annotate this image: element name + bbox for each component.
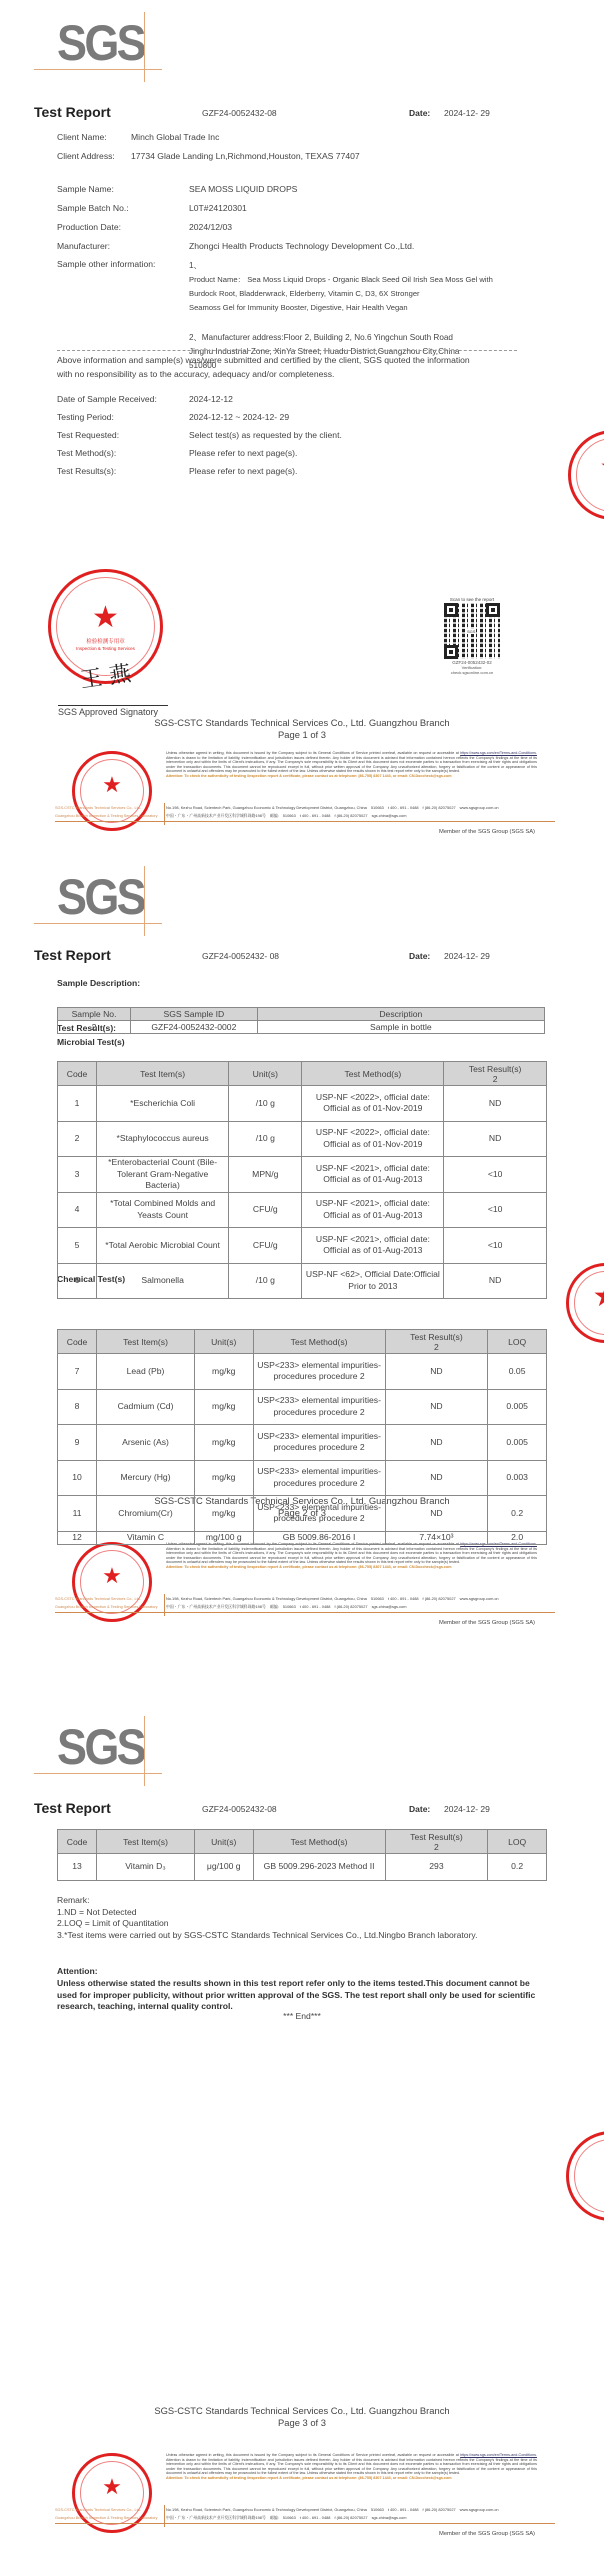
table-cell: mg/100 g [194, 1531, 253, 1544]
page-number: Page 1 of 3 [0, 729, 604, 741]
table-cell: Cadmium (Cd) [97, 1389, 195, 1425]
table-cell: μg/100 g [194, 1854, 253, 1881]
table-cell: <10 [444, 1157, 547, 1193]
table-row: 9Arsenic (As)mg/kgUSP<233> elemental imp… [58, 1425, 547, 1461]
sample-batch: L0T#24120301 [189, 203, 247, 214]
table-cell: 11 [58, 1496, 97, 1532]
table-cell: /10 g [229, 1086, 302, 1122]
verification-qr[interactable]: Scan to see the report SGS GZF24-0052432… [437, 597, 507, 675]
report-title: Test Report [34, 104, 111, 120]
client-address: 17734 Glade Landing Ln,Richmond,Houston,… [131, 151, 360, 162]
report-date: 2024-12- 29 [444, 108, 490, 118]
sgs-logo: SGS [30, 1716, 165, 1786]
legal-strip: ★ Unless otherwise agreed in writing, th… [55, 2443, 555, 2553]
terms-link[interactable]: https://www.sgs.com/en/Terms-and-Conditi… [460, 751, 537, 755]
table-cell: 3 [58, 1157, 97, 1193]
table-cell: USP<233> elemental impurities-procedures… [253, 1354, 385, 1390]
divider [57, 350, 517, 351]
report-page-1: SGS Test Report GZF24-0052432-08 Date: 2… [0, 0, 604, 858]
table-cell: 0.003 [488, 1460, 547, 1496]
table-cell: USP<233> elemental impurities-procedures… [253, 1425, 385, 1461]
table-cell: USP<233> elemental impurities-procedures… [253, 1389, 385, 1425]
table-cell: mg/kg [194, 1425, 253, 1461]
column-header: Code [58, 1062, 97, 1086]
table-cell: 10 [58, 1460, 97, 1496]
star-icon: ★ [102, 1565, 122, 1587]
table-cell: 5 [58, 1228, 97, 1264]
column-header: Test Result(s)2 [385, 1830, 488, 1854]
star-icon: ★ [102, 774, 122, 796]
official-seal-side [566, 2131, 604, 2221]
star-icon: ★ [593, 1282, 604, 1312]
table-cell: /10 g [229, 1263, 302, 1299]
table-cell: 2 [58, 1021, 131, 1034]
table-cell: USP-NF <2022>, official date: Official a… [302, 1121, 444, 1157]
sample-name: SEA MOSS LIQUID DROPS [189, 184, 297, 195]
official-seal-side: ★ [566, 1263, 604, 1343]
chemical-tests-table: CodeTest Item(s)Unit(s)Test Method(s)Tes… [57, 1329, 547, 1545]
table-cell: CFU/g [229, 1192, 302, 1228]
table-cell: Sample in bottle [257, 1021, 544, 1034]
table-row: 11Chromium(Cr)mg/kgUSP<233> elemental im… [58, 1496, 547, 1532]
table-cell: USP<233> elemental impurities-procedures… [253, 1496, 385, 1532]
signatory-label: SGS Approved Signatory [58, 707, 158, 717]
column-header: Unit(s) [229, 1062, 302, 1086]
column-header: LOQ [488, 1330, 547, 1354]
table-cell: *Staphylococcus aureus [97, 1121, 229, 1157]
table-cell: GB 5009.86-2016 I [253, 1531, 385, 1544]
column-header: LOQ [488, 1830, 547, 1854]
table-cell: ND [385, 1460, 488, 1496]
vitamin-d-table: CodeTest Item(s)Unit(s)Test Method(s)Tes… [57, 1829, 547, 1881]
production-date: 2024/12/03 [189, 222, 232, 233]
table-row: 7Lead (Pb)mg/kgUSP<233> elemental impuri… [58, 1354, 547, 1390]
table-row: 10Mercury (Hg)mg/kgUSP<233> elemental im… [58, 1460, 547, 1496]
table-cell: mg/kg [194, 1354, 253, 1390]
table-cell: 0.005 [488, 1425, 547, 1461]
column-header: Test Result(s)2 [444, 1062, 547, 1086]
manufacturer: Zhongci Health Products Technology Devel… [189, 241, 414, 252]
table-row: 5*Total Aerobic Microbial CountCFU/gUSP-… [58, 1228, 547, 1264]
table-cell: ND [444, 1121, 547, 1157]
report-header: Test Report GZF24-0052432-08 Date: 2024-… [34, 1800, 554, 1818]
table-header-row: CodeTest Item(s)Unit(s)Test Method(s)Tes… [58, 1830, 547, 1854]
column-header: Unit(s) [194, 1330, 253, 1354]
sample-description-table: Sample No.SGS Sample IDDescription2GZF24… [57, 1007, 545, 1034]
microbial-tests-table: CodeTest Item(s)Unit(s)Test Method(s)Tes… [57, 1061, 547, 1299]
table-cell: GZF24-0052432-0002 [131, 1021, 258, 1034]
sgs-logo: SGS [30, 12, 165, 82]
table-row: 2*Staphylococcus aureus/10 gUSP-NF <2022… [58, 1121, 547, 1157]
table-cell: 8 [58, 1389, 97, 1425]
testing-period: 2024-12-12 ~ 2024-12- 29 [189, 412, 289, 423]
table-cell: USP-NF <2021>, official date: Official a… [302, 1192, 444, 1228]
table-cell: CFU/g [229, 1228, 302, 1264]
table-header-row: CodeTest Item(s)Unit(s)Test Method(s)Tes… [58, 1062, 547, 1086]
table-cell: Arsenic (As) [97, 1425, 195, 1461]
column-header: Description [257, 1008, 544, 1021]
table-cell: USP-NF <2021>, official date: Official a… [302, 1228, 444, 1264]
table-cell: 7.74×10³ [385, 1531, 488, 1544]
table-row: 4*Total Combined Molds and Yeasts CountC… [58, 1192, 547, 1228]
table-cell: USP-NF <2021>, official date: Official a… [302, 1157, 444, 1193]
terms-link[interactable]: https://www.sgs.com/en/Terms-and-Conditi… [460, 2453, 537, 2457]
official-seal-side: ★ [568, 430, 604, 520]
table-cell: 0.05 [488, 1354, 547, 1390]
table-cell: ND [385, 1389, 488, 1425]
star-icon: ★ [92, 603, 119, 633]
table-cell: mg/kg [194, 1496, 253, 1532]
column-header: Sample No. [58, 1008, 131, 1021]
column-header: Test Method(s) [253, 1330, 385, 1354]
table-cell: ND [444, 1086, 547, 1122]
table-row: 2GZF24-0052432-0002Sample in bottle [58, 1021, 545, 1034]
report-header: Test Report GZF24-0052432- 08 Date: 2024… [34, 947, 554, 965]
table-cell: ND [385, 1425, 488, 1461]
table-cell: USP<233> elemental impurities-procedures… [253, 1460, 385, 1496]
table-row: 13Vitamin D₃μg/100 gGB 5009.296-2023 Met… [58, 1854, 547, 1881]
remarks: Remark: 1.ND = Not Detected 2.LOQ = Limi… [57, 1895, 537, 1942]
table-cell: Lead (Pb) [97, 1354, 195, 1390]
table-cell: <10 [444, 1192, 547, 1228]
table-cell: USP-NF <62>, Official Date:Official Prio… [302, 1263, 444, 1299]
microbial-title: Microbial Test(s) [57, 1037, 125, 1047]
table-cell: <10 [444, 1228, 547, 1264]
handwritten-signature: 王 燕 [78, 657, 133, 695]
table-cell: ND [385, 1496, 488, 1532]
report-header: Test Report GZF24-0052432-08 Date: 2024-… [34, 104, 554, 122]
table-header-row: Sample No.SGS Sample IDDescription [58, 1008, 545, 1021]
table-cell: 0.005 [488, 1389, 547, 1425]
table-row: 8Cadmium (Cd)mg/kgUSP<233> elemental imp… [58, 1389, 547, 1425]
legal-terms: Unless otherwise agreed in writing, this… [166, 751, 537, 779]
table-cell: *Enterobacterial Count (Bile-Tolerant Gr… [97, 1157, 229, 1193]
table-row: 6Salmonella/10 gUSP-NF <62>, Official Da… [58, 1263, 547, 1299]
table-cell: Vitamin D₃ [97, 1854, 195, 1881]
table-cell: *Total Aerobic Microbial Count [97, 1228, 229, 1264]
column-header: Test Result(s)2 [385, 1330, 488, 1354]
table-cell: mg/kg [194, 1460, 253, 1496]
column-header: Code [58, 1330, 97, 1354]
table-cell: ND [444, 1263, 547, 1299]
table-cell: Salmonella [97, 1263, 229, 1299]
sample-description-title: Sample Description: [57, 978, 140, 988]
table-row: 12Vitamin Cmg/100 gGB 5009.86-2016 I7.74… [58, 1531, 547, 1544]
client-disclaimer: Above information and sample(s) was/were… [57, 353, 557, 381]
company-address: No.198, Kezhu Road, Scientech Park, Guan… [166, 804, 541, 820]
column-header: Unit(s) [194, 1830, 253, 1854]
page-number: Page 3 of 3 [0, 2417, 604, 2429]
table-cell: 7 [58, 1354, 97, 1390]
table-cell: 4 [58, 1192, 97, 1228]
table-cell: *Total Combined Molds and Yeasts Count [97, 1192, 229, 1228]
end-marker: *** End*** [0, 2011, 604, 2021]
table-cell: 9 [58, 1425, 97, 1461]
table-cell: 12 [58, 1531, 97, 1544]
column-header: Code [58, 1830, 97, 1854]
page-footer: SGS-CSTC Standards Technical Services Co… [0, 2405, 604, 2429]
column-header: Test Item(s) [97, 1062, 229, 1086]
column-header: Test Item(s) [97, 1330, 195, 1354]
table-cell: Chromium(Cr) [97, 1496, 195, 1532]
legal-strip: ★ Unless otherwise agreed in writing, th… [55, 1532, 555, 1642]
column-header: Test Method(s) [302, 1062, 444, 1086]
legal-strip: ★ Unless otherwise agreed in writing, th… [55, 741, 555, 851]
page-footer: SGS-CSTC Standards Technical Services Co… [0, 717, 604, 741]
table-header-row: CodeTest Item(s)Unit(s)Test Method(s)Tes… [58, 1330, 547, 1354]
received-date: 2024-12-12 [189, 394, 233, 405]
table-cell: Mercury (Hg) [97, 1460, 195, 1496]
attention-note: Attention: Unless otherwise stated the r… [57, 1966, 547, 2013]
table-row: 1*Escherichia Coli/10 gUSP-NF <2022>, of… [58, 1086, 547, 1122]
table-cell: 0.2 [488, 1854, 547, 1881]
table-cell: mg/kg [194, 1389, 253, 1425]
table-cell: 6 [58, 1263, 97, 1299]
star-icon: ★ [102, 2476, 122, 2498]
star-icon: ★ [600, 453, 604, 483]
column-header: Test Item(s) [97, 1830, 195, 1854]
client-name: Minch Global Trade Inc [131, 132, 219, 143]
table-cell: /10 g [229, 1121, 302, 1157]
table-cell: GB 5009.296-2023 Method II [253, 1854, 385, 1881]
column-header: Test Method(s) [253, 1830, 385, 1854]
table-cell: 2.0 [488, 1531, 547, 1544]
table-cell: 13 [58, 1854, 97, 1881]
table-cell: USP-NF <2022>, official date: Official a… [302, 1086, 444, 1122]
report-number: GZF24-0052432-08 [202, 108, 277, 118]
table-cell: 1 [58, 1086, 97, 1122]
table-cell: 0.2 [488, 1496, 547, 1532]
table-cell: Vitamin C [97, 1531, 195, 1544]
date-label: Date: [409, 108, 430, 118]
table-cell: 2 [58, 1121, 97, 1157]
table-row: 3*Enterobacterial Count (Bile-Tolerant G… [58, 1157, 547, 1193]
table-cell: ND [385, 1354, 488, 1390]
sgs-logo: SGS [30, 866, 165, 936]
column-header: SGS Sample ID [131, 1008, 258, 1021]
qr-code-icon[interactable]: SGS [444, 603, 500, 659]
table-cell: MPN/g [229, 1157, 302, 1193]
table-cell: *Escherichia Coli [97, 1086, 229, 1122]
table-cell: 293 [385, 1854, 488, 1881]
